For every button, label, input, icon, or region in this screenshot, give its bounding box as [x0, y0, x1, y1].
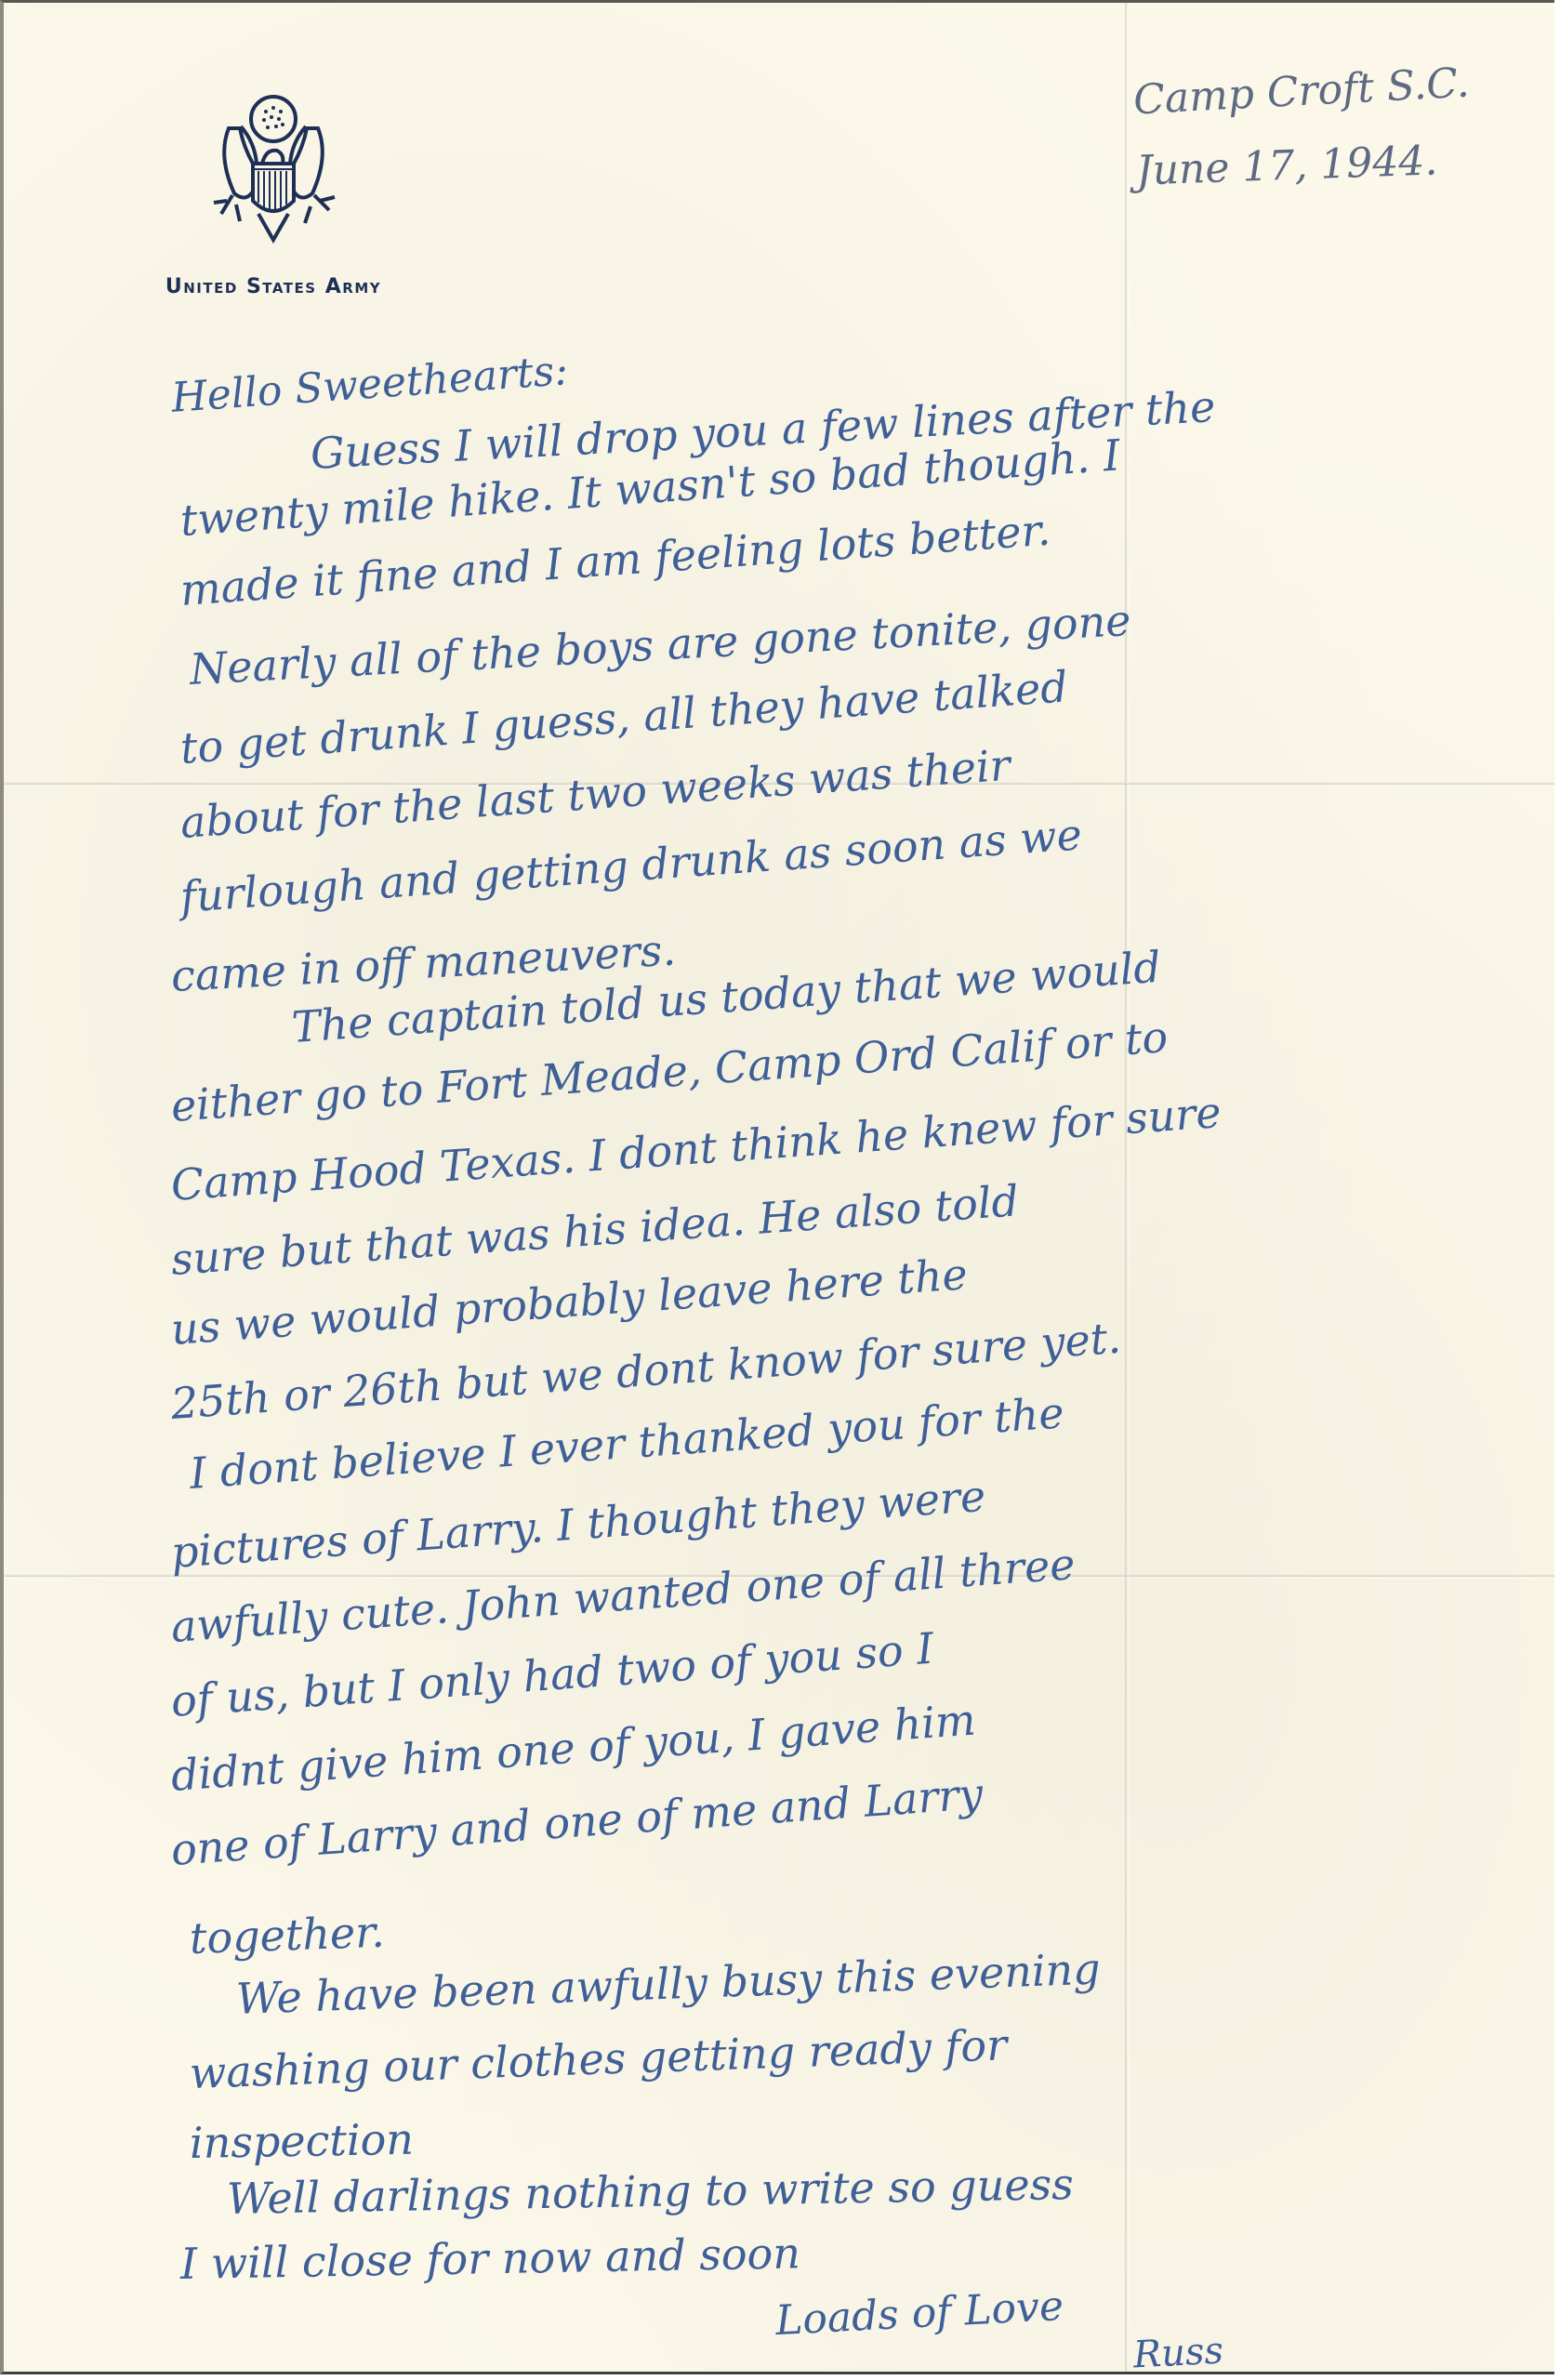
letterhead: United States Army: [106, 91, 441, 298]
letter-place: Camp Croft S.C.: [1132, 59, 1471, 125]
body-line: together.: [189, 1907, 386, 1963]
body-line: I will close for now and soon: [180, 2228, 801, 2289]
body-line: inspection: [190, 2114, 415, 2168]
closing: Loads of Love: [774, 2282, 1064, 2345]
letter-sheet: United States Army Camp Croft S.C. June …: [0, 0, 1554, 2374]
body-line: Well darlings nothing to write so guess: [227, 2159, 1075, 2224]
organization-name: United States Army: [106, 275, 441, 298]
fold-line-vertical: [1124, 3, 1130, 2372]
letter-date: June 17, 1944.: [1135, 137, 1438, 194]
salutation: Hello Sweethearts:: [170, 347, 570, 422]
body-line: washing our clothes getting ready for: [189, 2019, 1008, 2098]
signature: Russ: [1132, 2329, 1224, 2376]
great-seal-eagle-icon: [199, 91, 348, 249]
